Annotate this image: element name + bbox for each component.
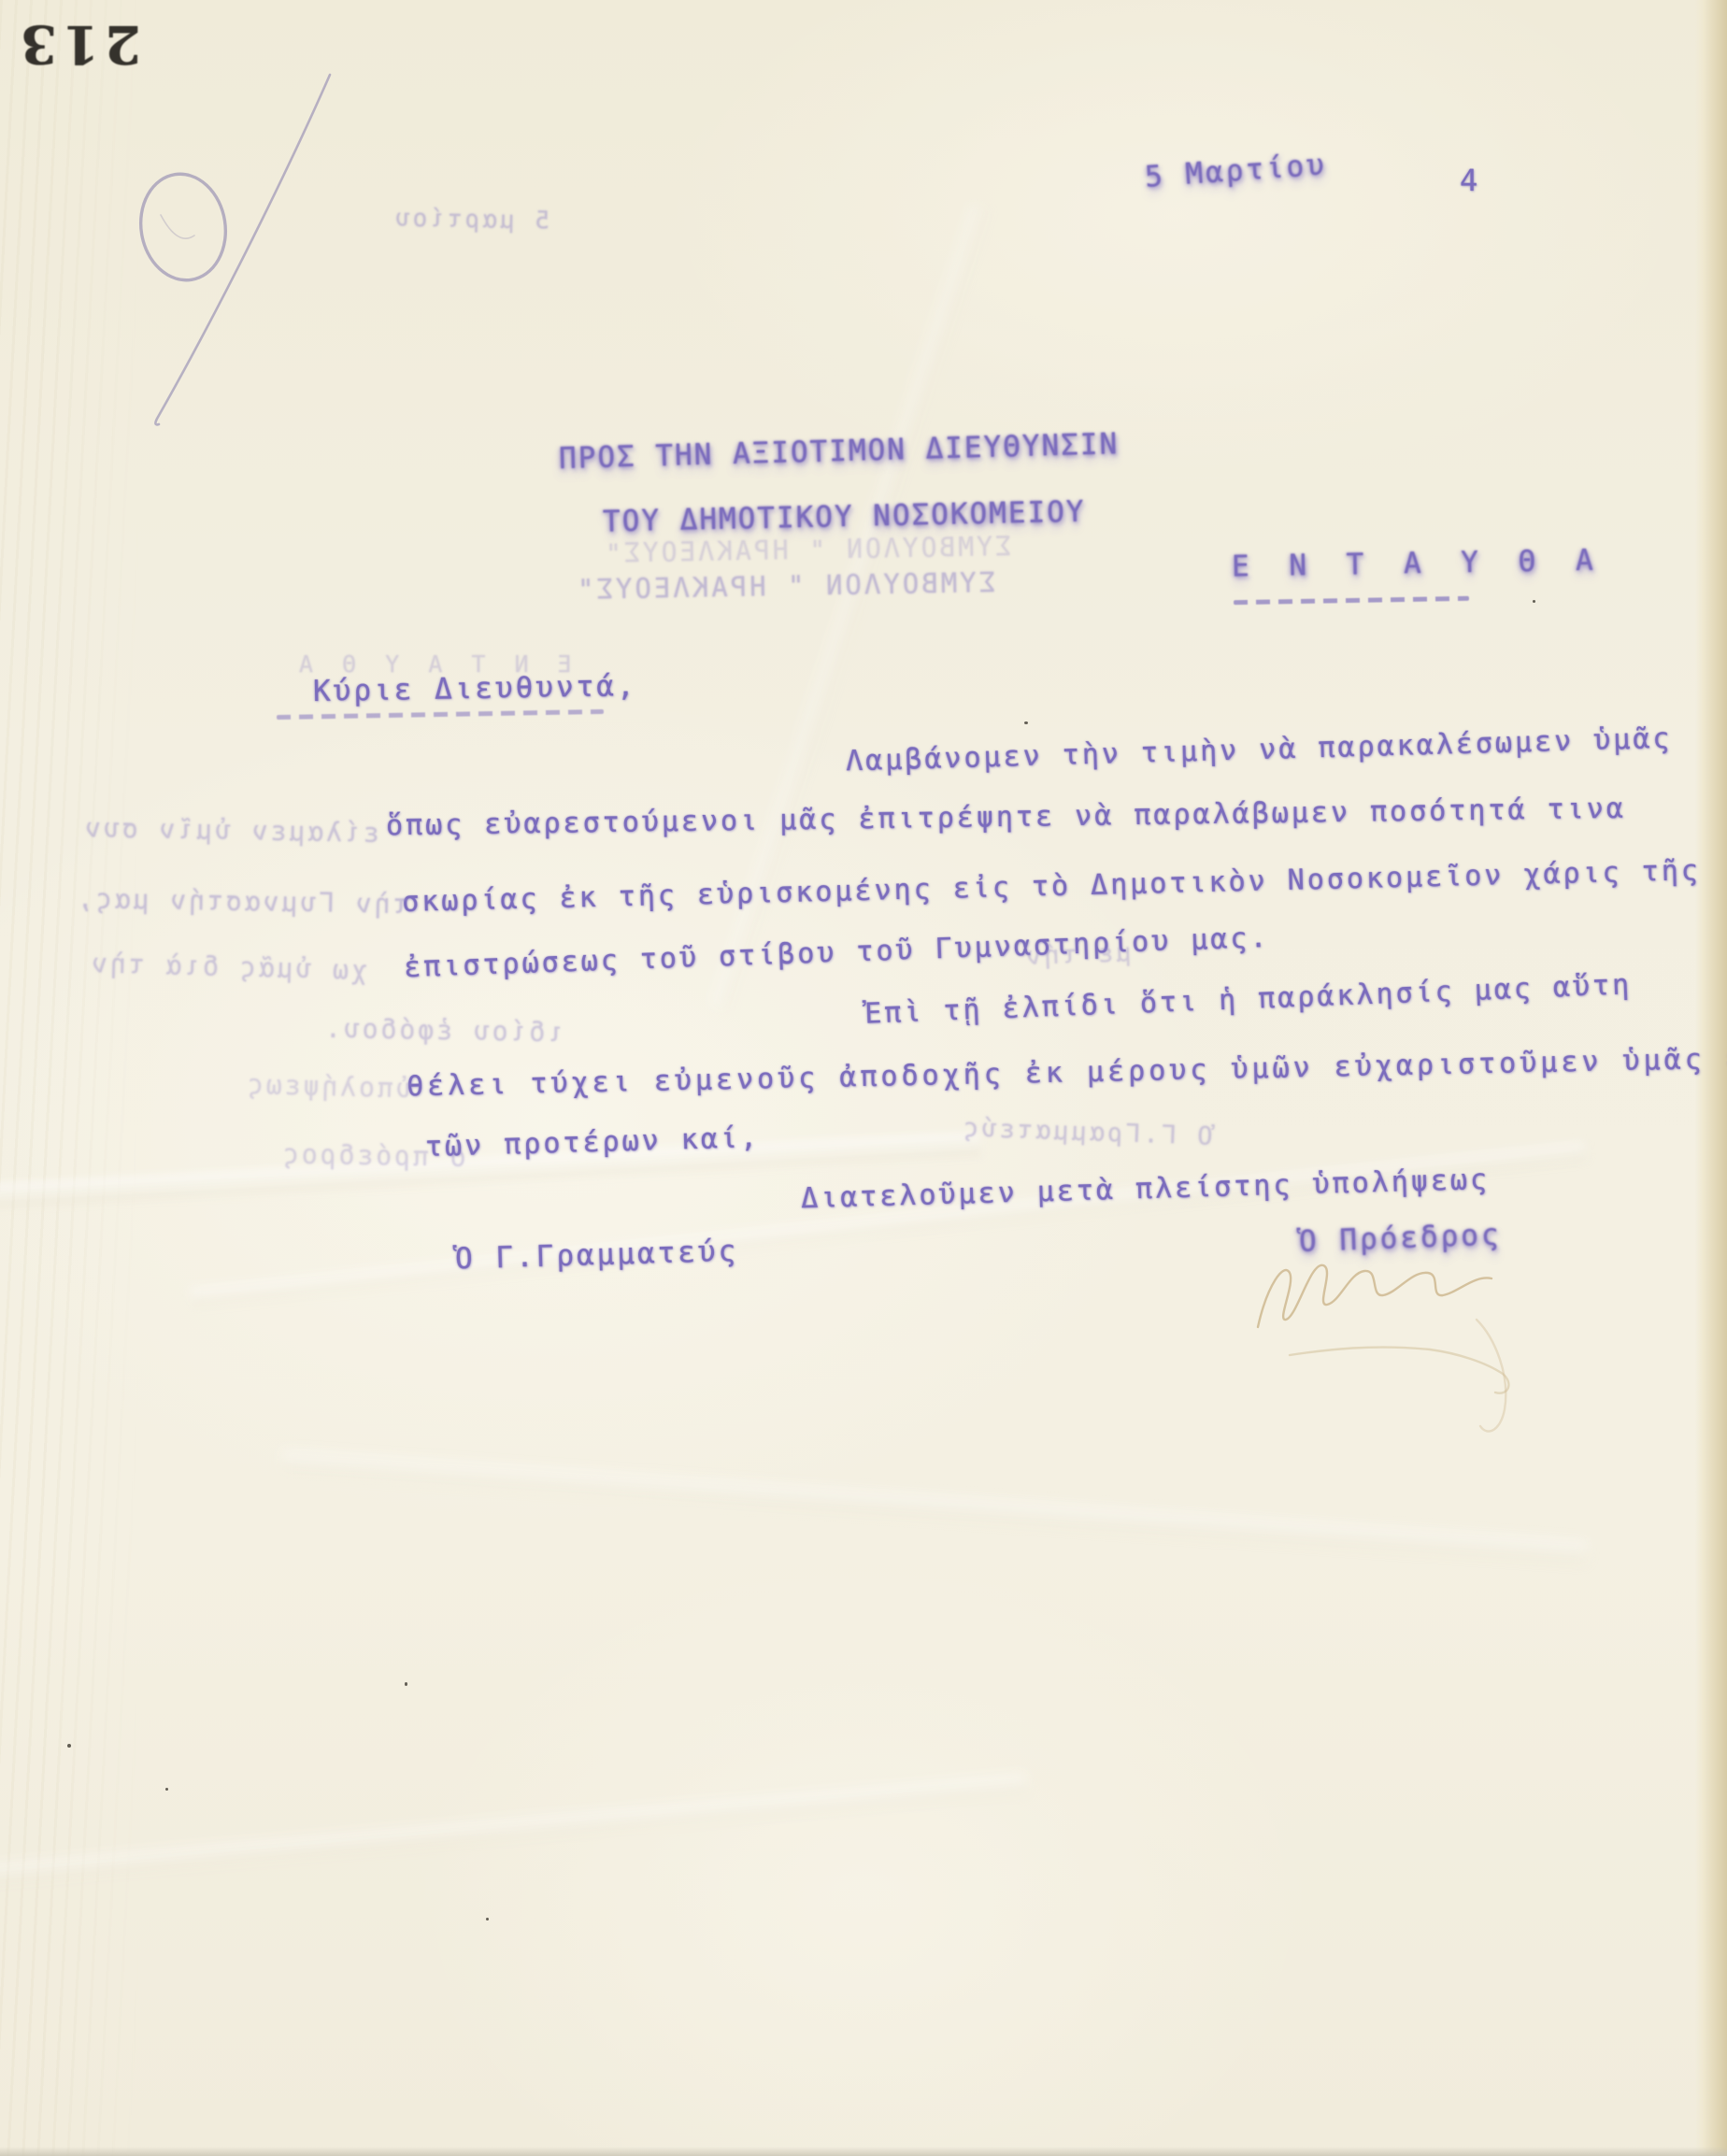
bleed-club-name: ΣΥΜΒΟΥΛΟΝ " ΗΡΑΚΛΕΟΥΣ" xyxy=(575,566,996,606)
recipient-line2: ΤΟΥ ΔΗΜΟΤΙΚΟΥ ΝΟΣΟΚΟΜΕΙΟΥ xyxy=(603,496,1086,538)
bleed-margin-line6: ὁ πρόεδρος xyxy=(280,1138,466,1172)
recipient-line1: ΠΡΟΣ ΤΗΝ ΑΞΙΟΤΙΜΟΝ ΔΙΕΥΘΥΝΣΙΝ xyxy=(559,428,1120,475)
body-p1-line1: Λαμβάνομεν τὴν τιμὴν νὰ παρακαλέσωμεν ὑμ… xyxy=(846,723,1673,778)
bleed-inline-fragment: με τήν xyxy=(1022,938,1132,971)
dust-speck xyxy=(1024,721,1028,724)
closing-line: Διατελοῦμεν μετὰ πλείστης ὑπολήψεως xyxy=(801,1164,1491,1215)
location-underline xyxy=(1234,596,1469,605)
salutation-underline xyxy=(277,709,604,720)
scanned-letter-page: 213 5 Μαρτίου 4 5 μαρτίου ΠΡΟΣ ΤΗΝ ΑΞΙΟΤ… xyxy=(0,0,1727,2156)
body-p1-line2: ὅπως εὐαρεστούμενοι μᾶς ἐπιτρέψητε νὰ πα… xyxy=(386,793,1626,842)
president-signature-scrawl xyxy=(1258,1265,1508,1432)
paper-edge-right xyxy=(1695,0,1727,2156)
bleed-secretary-mirror: Ὁ Γ.Γραμματεύς xyxy=(961,1113,1213,1150)
paper-edge-bottom xyxy=(0,2147,1727,2156)
pencil-oval-mark xyxy=(134,168,234,287)
dust-speck xyxy=(1533,600,1535,603)
bleed-date-mirror: 5 μαρτίου xyxy=(392,205,549,236)
paper-crease xyxy=(0,1774,1027,1892)
body-p2-line3: τῶν προτέρων καί, xyxy=(425,1122,761,1163)
pencil-oval-inner-mark xyxy=(161,215,194,238)
body-p1-line3: σκωρίας ἐκ τῆς εὑρισκομένης εἰς τὸ Δημοτ… xyxy=(402,855,1701,918)
signature-title-secretary: Ὁ Γ.Γραμματεύς xyxy=(455,1235,739,1276)
bleed-club-name-ghost: ΣΥΜΒΟΥΛΟΝ " ΗΡΑΚΛΕΟΥΣ" xyxy=(603,531,1011,569)
bleed-margin-line2: τὴν Γυμναστήν μας, xyxy=(75,883,409,920)
body-p1-line4: ἐπιστρώσεως τοῦ στίβου τοῦ Γυμναστηρίου … xyxy=(404,922,1270,983)
date-field: 5 Μαρτίου xyxy=(1144,149,1328,193)
bleed-margin-line4: ιδίου ἐφόδου. xyxy=(322,1013,564,1049)
body-p2-line2: θέλει τύχει εὐμενοῦς ἀποδοχῆς ἐκ μέρους … xyxy=(407,1043,1727,1102)
document-number: 4 xyxy=(1460,164,1480,197)
pencil-slash-mark xyxy=(155,75,330,424)
dust-speck xyxy=(67,1744,71,1748)
paper-crease-texture-left xyxy=(0,0,140,2156)
dust-speck xyxy=(405,1682,407,1686)
paper-crease xyxy=(281,1449,1588,1563)
dust-speck xyxy=(486,1918,489,1920)
salutation: Κύριε Διευθυντά, xyxy=(313,670,637,707)
dust-speck xyxy=(165,1788,168,1791)
body-p2-line1: Ἐπὶ τῇ ἐλπίδι ὅτι ἡ παράκλησίς μας αὕτη xyxy=(864,969,1633,1030)
signature-title-president: Ὁ Πρόεδρος xyxy=(1298,1219,1502,1258)
folio-number-stamp: 213 xyxy=(15,13,141,75)
bleed-margin-line1: είλαμεν ὑμῖν συν xyxy=(82,812,379,849)
recipient-location: Ε Ν Τ Α Υ Θ Α xyxy=(1232,545,1605,583)
bleed-margin-line5: ὑπολήψεως xyxy=(245,1069,413,1105)
